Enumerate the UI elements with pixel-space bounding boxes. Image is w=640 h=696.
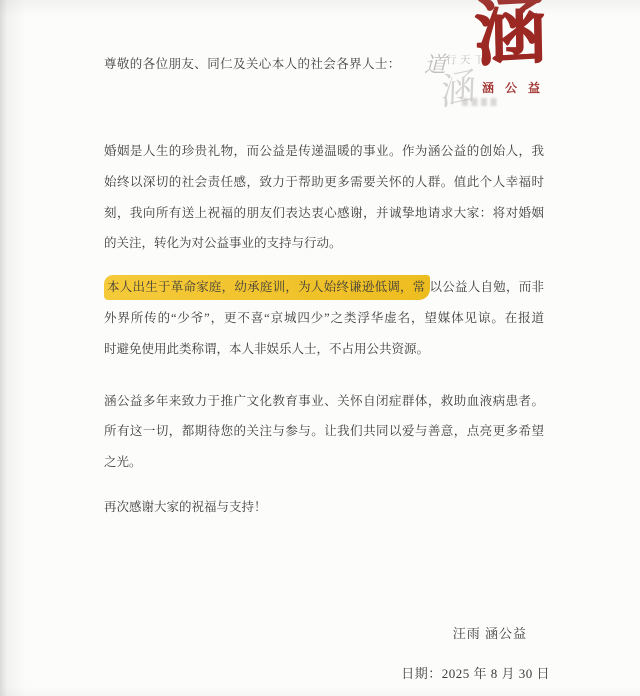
letter-body: 婚姻是人生的珍贵礼物，而公益是传递温暖的事业。作为涵公益的创始人，我 始终以深切… — [104, 136, 544, 523]
paragraph-line: 时避免使用此类称谓，本人非娱乐人士，不占用公共资源。 — [104, 334, 544, 365]
paragraph-line: 之光。 — [104, 447, 544, 478]
paragraph-line: 外界所传的“少爷”，更不喜“京城四少”之类浮华虚名，望媒体见谅。在报道 — [104, 303, 544, 334]
paragraph-2: 本人出生于革命家庭，幼承庭训，为人始终谦逊低调，常以公益人自勉，而非 外界所传的… — [104, 272, 544, 364]
paragraph-line: 的关注，转化为对公益事业的支持与行动。 — [104, 228, 544, 259]
paragraph-line-rest: 以公益人自勉，而非 — [430, 280, 544, 294]
brand-logo: 道行天下 涵 涵 涵公益 — [415, 0, 640, 125]
closing-line: 再次感谢大家的祝福与支持！ — [104, 492, 544, 523]
paragraph-line: 刻，我向所有送上祝福的朋友们表达衷心感谢，并诚挚地请求大家：将对婚姻 — [104, 198, 544, 229]
logo-watermark-small-text — [462, 98, 498, 106]
logo-brand-name: 涵公益 — [482, 79, 551, 96]
paragraph-line: 婚姻是人生的珍贵礼物，而公益是传递温暖的事业。作为涵公益的创始人，我 — [104, 136, 544, 167]
paragraph-line: 始终以深切的社会责任感，致力于帮助更多需要关怀的人群。值此个人幸福时 — [104, 167, 544, 198]
paragraph-line: 涵公益多年来致力于推广文化教育事业、关怀自闭症群体，救助血液病患者。 — [104, 386, 544, 417]
paragraph-3: 涵公益多年来致力于推广文化教育事业、关怀自闭症群体，救助血液病患者。 所有这一切… — [104, 386, 544, 478]
paragraph-line: 所有这一切，都期待您的关注与参与。让我们共同以爱与善意，点亮更多希望 — [104, 416, 544, 447]
paragraph-1: 婚姻是人生的珍贵礼物，而公益是传递温暖的事业。作为涵公益的创始人，我 始终以深切… — [104, 136, 544, 259]
letter-page: 尊敬的各位朋友、同仁及关心本人的社会各界人士： 道行天下 涵 涵 涵公益 婚姻是… — [0, 0, 640, 696]
greeting-line: 尊敬的各位朋友、同仁及关心本人的社会各界人士： — [104, 54, 401, 72]
logo-han-character: 涵 — [473, 0, 546, 73]
paragraph-line: 本人出生于革命家庭，幼承庭训，为人始终谦逊低调，常以公益人自勉，而非 — [104, 272, 544, 303]
highlighted-text: 本人出生于革命家庭，幼承庭训，为人始终谦逊低调，常 — [104, 275, 430, 300]
date-line: 日期：2025 年 8 月 30 日 — [401, 663, 550, 682]
signature: 汪雨 涵公益 — [453, 623, 527, 642]
